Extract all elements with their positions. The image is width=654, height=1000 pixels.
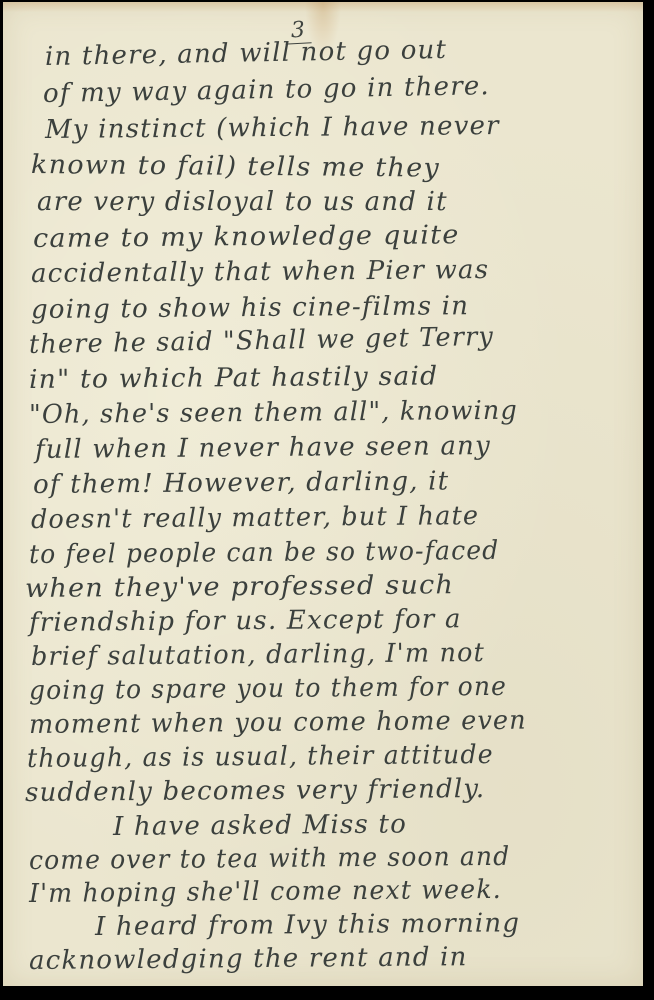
letter-line: in" to which Pat hastily said <box>29 361 439 395</box>
letter-line: friendship for us. Except for a <box>29 604 462 638</box>
letter-line: I'm hoping she'll come next week. <box>29 875 502 909</box>
letter-line: of my way again to go in there. <box>43 71 490 109</box>
letter-line: going to show his cine-films in <box>31 291 469 325</box>
letter-line: in there, and will not go out <box>45 35 448 72</box>
letter-line: suddenly becomes very friendly. <box>25 774 486 808</box>
ink-bleed-through <box>515 62 625 962</box>
letter-line: moment when you come home even <box>29 706 527 740</box>
letter-line: accidentally that when Pier was <box>31 255 489 289</box>
letter-line: when they've professed such <box>25 570 454 604</box>
letter-line: doesn't really matter, but I hate <box>31 501 479 535</box>
letter-line: I have asked Miss to <box>113 809 407 842</box>
letter-line: My instinct (which I have never <box>45 111 500 145</box>
letter-line: known to fail) tells me they <box>31 150 440 184</box>
letter-line: going to spare you to them for one <box>29 672 507 706</box>
letter-line: of them! However, darling, it <box>33 466 450 500</box>
letter-line: there he said "Shall we get Terry <box>29 322 495 360</box>
letter-page: 3 in there, and will not go outof my way… <box>3 2 643 986</box>
letter-line: to feel people can be so two-faced <box>29 536 500 570</box>
letter-line: are very disloyal to us and it <box>37 187 448 217</box>
letter-line: full when I never have seen any <box>35 431 491 465</box>
letter-line: acknowledging the rent and in <box>29 942 468 976</box>
letter-line: come over to tea with me soon and <box>29 842 511 876</box>
letter-line: I heard from Ivy this morning <box>95 908 520 942</box>
letter-line: though, as is usual, their attitude <box>27 740 494 774</box>
letter-line: "Oh, she's seen them all", knowing <box>29 396 518 430</box>
letter-line: brief salutation, darling, I'm not <box>31 638 485 672</box>
letter-line: came to my knowledge quite <box>33 220 460 254</box>
